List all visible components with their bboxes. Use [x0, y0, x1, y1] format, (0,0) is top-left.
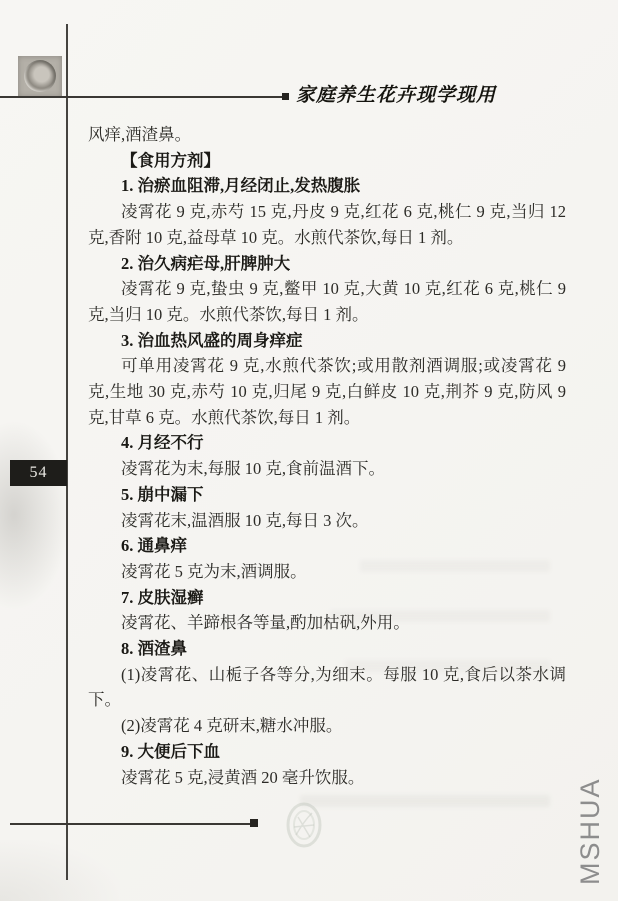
- running-head-book-title: 家庭养生花卉现学现用: [296, 80, 596, 107]
- scanner-watermark: MSHUA: [540, 785, 618, 885]
- remedy-heading: 8. 酒渣鼻: [88, 636, 566, 662]
- remedy-heading: 7. 皮肤湿癣: [88, 585, 566, 611]
- footer-rule: [10, 823, 251, 825]
- remedy-heading: 6. 通鼻痒: [88, 533, 566, 559]
- remedy-paragraph: 凌霄花 9 克,赤芍 15 克,丹皮 9 克,红花 6 克,桃仁 9 克,当归 …: [88, 199, 566, 250]
- swirl-icon: [24, 60, 56, 92]
- intro-continuation-line: 风痒,酒渣鼻。: [88, 122, 566, 148]
- remedy-heading: 9. 大便后下血: [88, 739, 566, 765]
- remedy-paragraph: 凌霄花、羊蹄根各等量,酌加枯矾,外用。: [88, 610, 566, 636]
- header-rule: [0, 96, 282, 98]
- page-number-badge: 54: [10, 460, 67, 486]
- section-title: 【食用方剂】: [88, 148, 566, 174]
- remedy-paragraph: 可单用凌霄花 9 克,水煎代茶饮;或用散剂酒调服;或凌霄花 9 克,生地 30 …: [88, 353, 566, 430]
- remedy-paragraph: 凌霄花 5 克,浸黄酒 20 毫升饮服。: [88, 765, 566, 791]
- remedy-paragraph: (1)凌霄花、山栀子各等分,为细末。每服 10 克,食后以茶水调下。: [88, 662, 566, 713]
- book-page: 家庭养生花卉现学现用 54 风痒,酒渣鼻。 【食用方剂】 1. 治瘀血阻滞,月经…: [0, 0, 618, 901]
- remedy-heading: 3. 治血热风盛的周身痒症: [88, 328, 566, 354]
- footer-bullet-icon: [250, 819, 258, 827]
- header-bullet-icon: [282, 93, 289, 100]
- remedy-paragraph: 凌霄花 9 克,蛰虫 9 克,鳖甲 10 克,大黄 10 克,红花 6 克,桃仁…: [88, 276, 566, 327]
- remedy-heading: 4. 月经不行: [88, 430, 566, 456]
- remedy-paragraph: 凌霄花 5 克为末,酒调服。: [88, 559, 566, 585]
- remedy-paragraph: 凌霄花末,温酒服 10 克,每日 3 次。: [88, 508, 566, 534]
- remedy-paragraph: 凌霄花为末,每服 10 克,食前温酒下。: [88, 456, 566, 482]
- paper-shading-corner: [0, 840, 120, 901]
- remedy-heading: 2. 治久病疟母,肝脾肿大: [88, 251, 566, 277]
- bleed-through-text: [300, 795, 550, 807]
- remedy-paragraph: (2)凌霄花 4 克研末,糖水冲服。: [88, 713, 566, 739]
- remedy-heading: 1. 治瘀血阻滞,月经闭止,发热腹胀: [88, 173, 566, 199]
- left-margin-rule: [66, 24, 68, 880]
- paper-shading: [0, 420, 70, 610]
- page-body-text: 风痒,酒渣鼻。 【食用方剂】 1. 治瘀血阻滞,月经闭止,发热腹胀 凌霄花 9 …: [88, 122, 566, 790]
- remedy-heading: 5. 崩中漏下: [88, 482, 566, 508]
- chapter-ornament: [18, 56, 62, 97]
- ghost-stamp-icon: [284, 801, 324, 851]
